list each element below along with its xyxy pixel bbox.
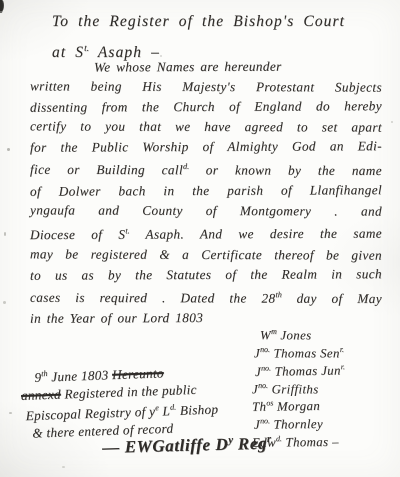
body-line-10: may be registered & a Certificate thereo… (30, 244, 382, 265)
body-line-12: cases is required . Dated the 28th day o… (30, 284, 382, 309)
signature-thos-morgan: Thos Morgan (252, 396, 345, 415)
body-line-3: dissenting from the Church of England do… (30, 96, 382, 118)
body-line-9: Diocese of St. Asaph. And we desire the … (30, 220, 382, 245)
text-segment: Thomas Jun (271, 363, 341, 378)
superscript-segment: r. (341, 362, 345, 371)
text-segment: yngaufa and County of Montgomery . and (30, 202, 382, 218)
body-line-6: fice or Building calld. or known by the … (30, 157, 382, 182)
signature-jno-thomas-senr: Jno. Thomas Senr. (252, 343, 345, 361)
superscript-segment: no. (258, 381, 268, 390)
text-segment: — EWGatliffe D (102, 435, 229, 457)
signature-jno-thomas-junr: Jno. Thomas Junr. (252, 360, 345, 379)
superscript-segment: no. (260, 417, 270, 426)
text-segment: Thornley (270, 417, 323, 432)
text-segment: or known by the name (189, 163, 382, 179)
signatures-column: Wm JonesJno. Thomas Senr.Jno. Thomas Jun… (252, 325, 345, 450)
text-segment: Th (252, 400, 267, 414)
text-segment: Diocese of S (30, 227, 125, 242)
scan-speck (391, 121, 393, 123)
struck-text-segment: Hereunto (112, 365, 164, 382)
text-segment: dissenting from the Church of England do… (30, 98, 382, 115)
text-segment: W (260, 328, 271, 342)
body-line-11: to us as by the Statutes of the Realm in… (30, 264, 382, 286)
text-segment: Reg (233, 434, 268, 454)
superscript-segment: no. (260, 345, 270, 354)
text-segment: Morgan (273, 399, 320, 414)
registrar-signature: — EWGatliffe Dy Regr (102, 434, 271, 458)
text-segment: to us as by the Statutes of the Realm in… (30, 266, 382, 283)
scan-speck (0, 0, 3, 13)
superscript-segment: no. (261, 363, 271, 372)
registrar-signature-line: — EWGatliffe Dy Regr (102, 434, 271, 458)
signature-wm-jones: Wm Jones (252, 325, 345, 343)
text-segment: Thomas Sen (270, 346, 340, 360)
body-line-7: of Dolwer bach in the parish of Llanfiha… (30, 180, 382, 202)
address-line-1: To the Register of the Bishop's Court (52, 8, 345, 35)
text-segment: To the Register of the Bishop's Court (52, 13, 345, 30)
body-line-8: yngaufa and County of Montgomery . and (30, 200, 382, 221)
petition-body: We whose Names are hereunderwritten bein… (30, 57, 382, 328)
scan-speck (62, 466, 65, 468)
text-segment: Thomas – (282, 435, 339, 449)
text-segment: Bishop (176, 402, 219, 418)
scan-speck (9, 412, 12, 414)
body-line-5: for the Public Worship of Almighty God a… (30, 137, 382, 159)
text-segment: in the Year of our Lord 1803 (30, 310, 203, 326)
text-segment: Griffiths (268, 382, 319, 396)
text-segment: of Dolwer bach in the parish of Llanfiha… (30, 182, 382, 199)
text-segment: for the Public Worship of Almighty God a… (30, 139, 382, 156)
body-line-4: certify to you that we have agreed to se… (30, 117, 382, 138)
text-segment: Asaph. And we desire the same (130, 226, 382, 242)
text-segment: may be registered & a Certificate thereo… (30, 246, 382, 262)
scan-speck (3, 301, 6, 304)
registration-note: 9th June 1803 Hereuntoannexd Registered … (20, 359, 219, 443)
scan-speck (0, 0, 4, 11)
text-segment: certify to you that we have agreed to se… (30, 119, 382, 135)
superscript-segment: r. (340, 345, 344, 354)
text-segment: fice or Building call (30, 162, 183, 178)
body-line-1: We whose Names are hereunder (30, 56, 382, 78)
text-segment: Jones (277, 328, 312, 342)
scan-speck (4, 232, 6, 236)
scan-speck (7, 148, 10, 151)
text-segment: written being His Majesty's Protestant S… (30, 78, 382, 94)
signature-jno-thornley: Jno. Thornley (252, 414, 345, 433)
manuscript-page: To the Register of the Bishop's Courtat … (0, 0, 400, 477)
struck-text-segment: annexd (21, 386, 61, 402)
body-line-2: written being His Majesty's Protestant S… (30, 76, 382, 97)
superscript-segment: r (267, 434, 271, 445)
text-segment: June 1803 (47, 367, 112, 384)
signature-jno-griffiths: Jno. Griffiths (252, 379, 345, 397)
text-segment: cases is required . Dated the 28 (30, 290, 276, 306)
text-segment: day of May (282, 290, 382, 305)
text-segment: We whose Names are hereunder (94, 59, 282, 75)
